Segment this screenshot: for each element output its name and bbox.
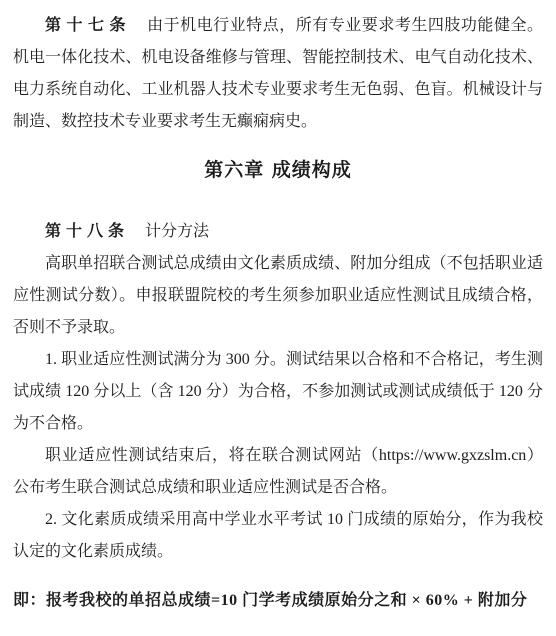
article-18-label: 第十八条 (45, 223, 129, 240)
chapter-heading: 第六章 成绩构成 (13, 152, 543, 188)
paragraph-result-publication: 职业适应性测试结束后，将在联合测试网站（https://www.gxzslm.c… (13, 440, 543, 504)
article-17-paragraph: 第十七条由于机电行业特点，所有专业要求考生四肢功能健全。机电一体化技术、机电设备… (13, 10, 543, 138)
article-18-heading: 第十八条计分方法 (13, 216, 543, 248)
paragraph-culture-quality-score: 2. 文化素质成绩采用高中学业水平考试 10 门成绩的原始分，作为我校认定的文化… (13, 504, 543, 568)
formula-line: 即：报考我校的单招总成绩=10 门学考成绩原始分之和 × 60% + 附加分 (13, 585, 543, 617)
paragraph-aptitude-test-scoring: 1. 职业适应性测试满分为 300 分。测试结果以合格和不合格记，考生测试成绩 … (13, 344, 543, 440)
article-17-label: 第十七条 (45, 17, 131, 34)
document-page: 第十七条由于机电行业特点，所有专业要求考生四肢功能健全。机电一体化技术、机电设备… (0, 0, 556, 636)
paragraph-total-score-composition: 高职单招联合测试总成绩由文化素质成绩、附加分组成（不包括职业适应性测试分数）。申… (13, 248, 543, 344)
article-18-title: 计分方法 (145, 223, 209, 240)
